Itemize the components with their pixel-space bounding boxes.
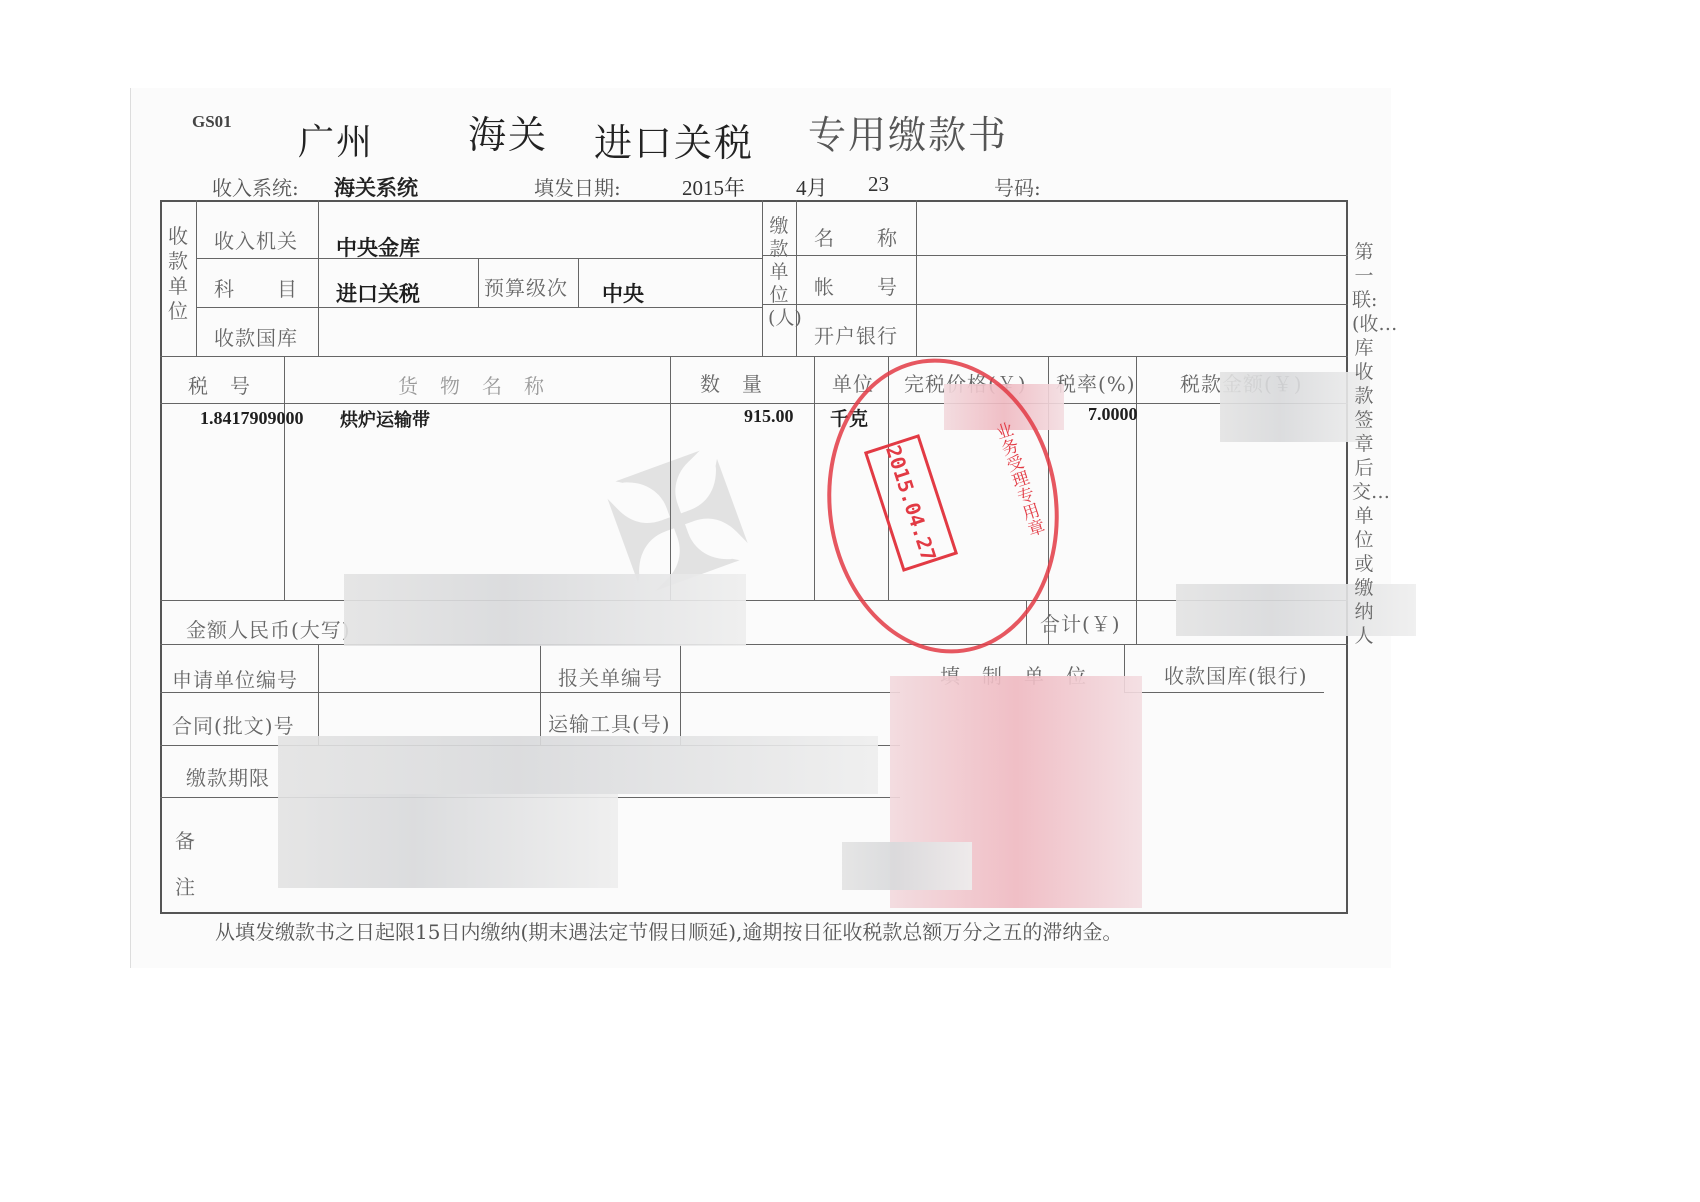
redacted-deadline — [278, 736, 878, 794]
remarks-label: 备 注 — [174, 818, 196, 910]
issue-date-label: 填发日期: — [534, 172, 621, 201]
declaration-no-label: 报关单编号 — [558, 662, 663, 691]
title-tax-type: 进口关税 — [594, 112, 754, 167]
transport-label: 运输工具(号) — [548, 708, 671, 737]
redacted-total — [1176, 584, 1416, 636]
payer-bank-label: 开户银行 — [814, 320, 898, 349]
applicant-no-label: 申请单位编号 — [172, 664, 298, 693]
agency-label: 收入机关 — [214, 225, 298, 254]
payer-group-label: 缴款单位(人) — [768, 215, 790, 330]
title-form-kind: 专用缴款书 — [808, 104, 1008, 159]
redacted-tax-amount — [1220, 372, 1370, 442]
redacted-remarks — [278, 794, 618, 888]
subject-label: 科 目 — [214, 273, 298, 302]
title-city: 广州 — [298, 114, 374, 165]
budget-level-label: 预算级次 — [484, 272, 568, 301]
amount-words-label: 金额人民币(大写) — [186, 614, 351, 643]
issue-day: 23 — [868, 172, 889, 197]
payer-account-label: 帐 号 — [814, 271, 898, 300]
row-tax-rate: 7.0000 — [1088, 404, 1138, 425]
contract-no-label: 合同(批文)号 — [172, 710, 295, 739]
redacted-remarks-2 — [842, 842, 972, 890]
total-label: 合计(￥) — [1040, 608, 1121, 637]
copy-side-note: 第一联:(收…库收款签章后交…单位或缴纳人 — [1352, 240, 1376, 648]
receiver-group-label: 收款单位 — [167, 224, 189, 324]
treasury-bank-label: 收款国库(银行) — [1164, 660, 1308, 689]
issue-year: 2015年 — [682, 172, 745, 202]
payer-name-label: 名 称 — [814, 222, 898, 251]
issue-month: 4月 — [796, 172, 828, 202]
agency-value: 中央金库 — [336, 232, 420, 262]
col-quantity: 数 量 — [700, 368, 763, 397]
form-code: GS01 — [192, 112, 232, 132]
budget-level-value: 中央 — [602, 278, 644, 308]
revenue-system-value: 海关系统 — [334, 172, 418, 202]
col-goods-name: 货 物 名 称 — [398, 370, 545, 399]
row-tariff-no: 1.8417909000 — [200, 408, 304, 429]
redacted-amount-words — [344, 574, 746, 646]
footer-note: 从填发缴款书之日起限15日内缴纳(期末遇法定节假日顺延),逾期按日征收税款总额万… — [215, 916, 1122, 945]
number-label: 号码: — [994, 172, 1041, 201]
payment-deadline-label: 缴款期限 — [186, 762, 270, 791]
row-goods-name: 烘炉运输带 — [340, 406, 430, 432]
title-customs: 海关 — [468, 104, 548, 159]
col-tax-rate: 税率(%) — [1056, 368, 1136, 397]
subject-value: 进口关税 — [336, 278, 420, 308]
col-tariff-no: 税 号 — [188, 370, 251, 399]
revenue-system-label: 收入系统: — [212, 172, 299, 201]
treasury-label: 收款国库 — [214, 322, 298, 351]
